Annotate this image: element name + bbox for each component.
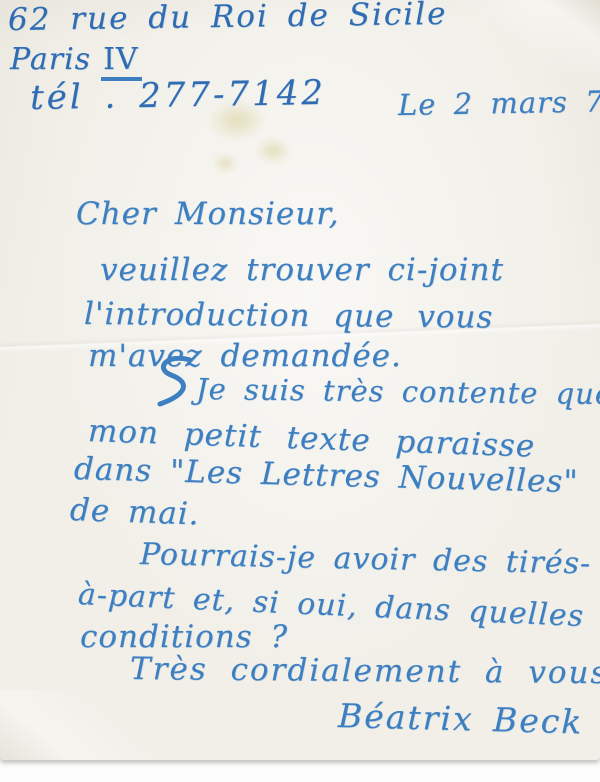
date-line: Le 2 mars 72	[398, 84, 600, 122]
body-line: conditions ?	[80, 619, 288, 655]
body-line: l'introduction que vous	[84, 296, 494, 336]
paper-crease	[0, 690, 220, 760]
body-line: Pourrais-je avoir des tirés-	[140, 537, 592, 581]
sender-city-line: ParisIV	[10, 42, 142, 77]
sender-phone: tél . 277-7142	[30, 73, 327, 118]
sender-city: Paris	[10, 42, 91, 77]
ink-flourish	[152, 356, 198, 408]
closing-line: Très cordialement à vous	[130, 651, 600, 691]
body-line: veuillez trouver ci-joint	[100, 252, 504, 288]
body-line: de mai.	[69, 492, 200, 533]
scanned-letter: 62 rue du Roi de Sicile ParisIV tél . 27…	[0, 0, 600, 782]
sender-address-line: 62 rue du Roi de Sicile	[8, 0, 448, 38]
body-line: m'avez demandée.	[88, 338, 402, 374]
paper: 62 rue du Roi de Sicile ParisIV tél . 27…	[0, 0, 600, 760]
body-line: Je suis très contente que	[196, 372, 600, 411]
signature: Béatrix Beck	[337, 696, 583, 741]
salutation: Cher Monsieur,	[76, 196, 339, 232]
